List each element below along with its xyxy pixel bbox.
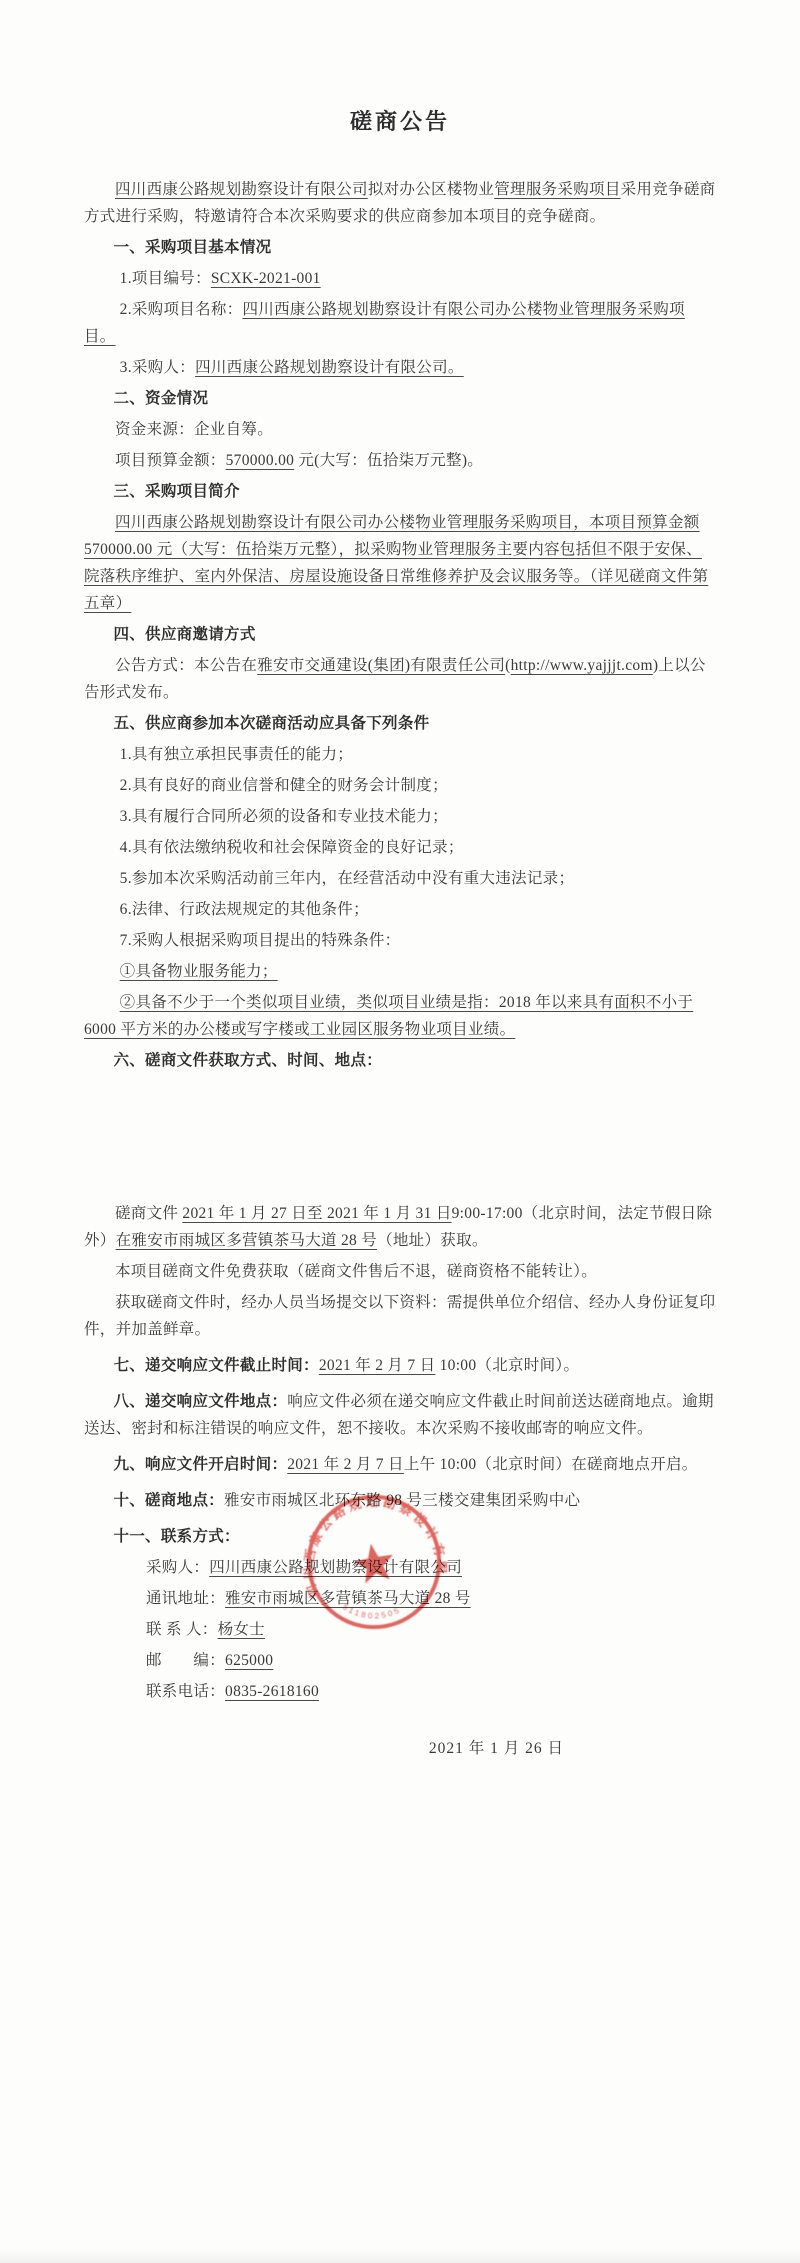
text-segment: 一、采购项目基本情况: [113, 239, 271, 256]
condition-3: 3.具有履行合同所必须的设备和专业技术能力；: [84, 803, 716, 830]
condition-7: 7.采购人根据采购项目提出的特殊条件：: [84, 927, 716, 954]
text-segment: 5.参加本次采购活动前三年内，在经营活动中没有重大违法记录；: [120, 870, 575, 887]
text-segment: 625000: [225, 1652, 273, 1669]
text-segment: 元(大写：伍拾柒万元整)。: [294, 452, 483, 469]
purchaser-line: 3.采购人：四川西康公路规划勘察设计有限公司。: [84, 354, 716, 381]
text-segment: 五、供应商参加本次磋商活动应具备下列条件: [113, 715, 429, 732]
text-segment: 九、响应文件开启时间：: [113, 1456, 287, 1473]
text-segment: 2021 年 1 月 26 日: [429, 1740, 564, 1757]
text-segment: 公告方式：本公告在: [115, 657, 257, 674]
special-condition-1: ①具备物业服务能力；: [84, 958, 716, 985]
special-condition-2: ②具备不少于一个类似项目业绩，类似项目业绩是指：2018 年以来具有面积不小于 …: [84, 989, 716, 1043]
text-segment: 获取磋商文件时，经办人员当场提交以下资料：需提供单位介绍信、经办人身份证复印件，…: [84, 1294, 715, 1338]
project-number-line: 1.项目编号：SCXK-2021-001: [84, 265, 716, 292]
text-segment: 2021 年 1 月 27 日至 2021 年 1 月 31 日: [182, 1205, 451, 1222]
text-segment: 2021 年 2 月 7 日: [319, 1357, 436, 1374]
scanned-document-page: 磋商公告 四川西康公路规划勘察设计有限公司拟对办公区楼物业管理服务采购项目采用竞…: [0, 0, 800, 2263]
section-11-heading: 十一、联系方式：: [84, 1523, 716, 1550]
text-segment: 六、磋商文件获取方式、时间、地点：: [113, 1052, 382, 1069]
text-segment: 雅安市雨城区北环东路 98 号三楼交建集团采购中心: [224, 1492, 580, 1509]
text-segment: 570000.00: [226, 452, 295, 469]
text-segment: 0835-2618160: [225, 1683, 319, 1700]
text-segment: 四、供应商邀请方式: [113, 626, 255, 643]
text-segment: http://www.yajjjt.com: [511, 657, 653, 674]
page-break-gap: [84, 1078, 716, 1200]
text-segment: 3.具有履行合同所必须的设备和专业技术能力；: [120, 808, 448, 825]
text-segment: 二、资金情况: [113, 390, 208, 407]
text-segment: 7.采购人根据采购项目提出的特殊条件：: [120, 932, 401, 949]
text-segment: 七、递交响应文件截止时间：: [113, 1357, 318, 1374]
text-segment: SCXK-2021-001: [211, 270, 321, 287]
text-segment: 10:00（北京时间）。: [435, 1357, 579, 1374]
text-segment: 2021 年 2 月 7 日: [287, 1456, 404, 1473]
budget-line: 项目预算金额：570000.00 元(大写：伍拾柒万元整)。: [84, 447, 716, 474]
project-brief-paragraph: 四川西康公路规划勘察设计有限公司办公楼物业管理服务采购项目，本项目预算金额 57…: [84, 509, 716, 617]
contact-phone-line: 联系电话：0835-2618160: [146, 1678, 716, 1705]
section-5-heading: 五、供应商参加本次磋商活动应具备下列条件: [84, 710, 716, 737]
text-segment: 拟对办公区楼物业: [368, 181, 494, 198]
document-body: 四川西康公路规划勘察设计有限公司拟对办公区楼物业管理服务采购项目采用竞争磋商方式…: [84, 176, 716, 1762]
intro-paragraph: 四川西康公路规划勘察设计有限公司拟对办公区楼物业管理服务采购项目采用竞争磋商方式…: [84, 176, 716, 230]
text-segment: 雅安市雨城区多营镇茶马大道 28 号: [225, 1590, 471, 1607]
section-10-line: 十、磋商地点：雅安市雨城区北环东路 98 号三楼交建集团采购中心: [84, 1487, 716, 1514]
text-segment: 八、递交响应文件地点：: [113, 1393, 287, 1410]
section-8-line: 八、递交响应文件地点：响应文件必须在递交响应文件截止时间前送达磋商地点。逾期送达…: [84, 1388, 716, 1442]
text-segment: 雅安市交通建设(集团)有限责任公司: [257, 657, 505, 674]
section-6-heading: 六、磋商文件获取方式、时间、地点：: [84, 1047, 716, 1074]
contact-person-line: 联 系 人：杨女士: [146, 1616, 716, 1643]
file-materials-paragraph: 获取磋商文件时，经办人员当场提交以下资料：需提供单位介绍信、经办人身份证复印件，…: [84, 1289, 716, 1343]
section-9-line: 九、响应文件开启时间：2021 年 2 月 7 日上午 10:00（北京时间）在…: [84, 1451, 716, 1478]
text-segment: 上午 10:00（北京时间）在磋商地点开启。: [404, 1456, 698, 1473]
text-segment: 1.具有独立承担民事责任的能力；: [120, 746, 353, 763]
text-segment: 十、磋商地点：: [113, 1492, 224, 1509]
text-segment: 杨女士: [218, 1621, 265, 1638]
text-segment: 磋商文件: [115, 1205, 182, 1222]
condition-2: 2.具有良好的商业信誉和健全的财务会计制度；: [84, 772, 716, 799]
contact-purchaser-line: 采购人：四川西康公路规划勘察设计有限公司: [146, 1554, 716, 1581]
condition-1: 1.具有独立承担民事责任的能力；: [84, 741, 716, 768]
section-7-line: 七、递交响应文件截止时间：2021 年 2 月 7 日 10:00（北京时间）。: [84, 1352, 716, 1379]
text-segment: 2.具有良好的商业信誉和健全的财务会计制度；: [120, 777, 448, 794]
text-segment: 采购人：: [146, 1559, 209, 1576]
text-segment: 项目预算金额：: [115, 452, 226, 469]
text-segment: 十一、联系方式：: [113, 1528, 239, 1545]
contact-postcode-line: 邮 编：625000: [146, 1647, 716, 1674]
file-free-paragraph: 本项目磋商文件免费获取（磋商文件售后不退，磋商资格不能转让）。: [84, 1258, 716, 1285]
text-segment: 3.采购人：: [120, 359, 195, 376]
text-segment: 邮 编：: [146, 1652, 225, 1669]
document: 磋商公告 四川西康公路规划勘察设计有限公司拟对办公区楼物业管理服务采购项目采用竞…: [0, 0, 800, 1762]
project-name-line: 2.采购项目名称：四川西康公路规划勘察设计有限公司办公楼物业管理服务采购项目。: [84, 296, 716, 350]
condition-6: 6.法律、行政法规规定的其他条件；: [84, 896, 716, 923]
text-segment: 联 系 人：: [146, 1621, 218, 1638]
text-segment: ②具备不少于一个类似项目业绩，类似项目业绩是指：2018 年以来具有面积不小于 …: [84, 994, 693, 1038]
text-segment: 1.项目编号：: [120, 270, 211, 287]
section-1-heading: 一、采购项目基本情况: [84, 234, 716, 261]
text-segment: 四川西康公路规划勘察设计有限公司: [115, 181, 368, 198]
issue-date-line: 2021 年 1 月 26 日: [84, 1735, 716, 1762]
section-4-heading: 四、供应商邀请方式: [84, 621, 716, 648]
text-segment: 三、采购项目简介: [113, 483, 239, 500]
text-segment: 资金来源：企业自筹。: [115, 421, 273, 438]
condition-4: 4.具有依法缴纳税收和社会保障资金的良好记录；: [84, 834, 716, 861]
text-segment: 管理服务采购项目: [494, 181, 620, 198]
text-segment: 6.法律、行政法规规定的其他条件；: [120, 901, 369, 918]
condition-5: 5.参加本次采购活动前三年内，在经营活动中没有重大违法记录；: [84, 865, 716, 892]
section-3-heading: 三、采购项目简介: [84, 478, 716, 505]
text-segment: 四川西康公路规划勘察设计有限公司办公楼物业管理服务采购项目，本项目预算金额 57…: [84, 514, 708, 612]
text-segment: （地址）获取。: [377, 1232, 488, 1249]
text-segment: 四川西康公路规划勘察设计有限公司。: [195, 359, 464, 376]
file-obtain-time-paragraph: 磋商文件 2021 年 1 月 27 日至 2021 年 1 月 31 日9:0…: [84, 1200, 716, 1254]
text-segment: 4.具有依法缴纳税收和社会保障资金的良好记录；: [120, 839, 464, 856]
section-2-heading: 二、资金情况: [84, 385, 716, 412]
text-segment: 2.采购项目名称：: [120, 301, 243, 318]
text-segment: 本项目磋商文件免费获取（磋商文件售后不退，磋商资格不能转让）。: [115, 1263, 597, 1280]
text-segment: 在雅安市雨城区多营镇茶马大道 28 号: [116, 1232, 377, 1249]
text-segment: 联系电话：: [146, 1683, 225, 1700]
text-segment: 四川西康公路规划勘察设计有限公司: [209, 1559, 462, 1576]
text-segment: ①具备物业服务能力；: [120, 963, 278, 980]
announcement-method-paragraph: 公告方式：本公告在雅安市交通建设(集团)有限责任公司(http://www.ya…: [84, 652, 716, 706]
fund-source-line: 资金来源：企业自筹。: [84, 416, 716, 443]
document-title: 磋商公告: [84, 106, 716, 138]
contact-address-line: 通讯地址：雅安市雨城区多营镇茶马大道 28 号: [146, 1585, 716, 1612]
text-segment: 通讯地址：: [146, 1590, 225, 1607]
